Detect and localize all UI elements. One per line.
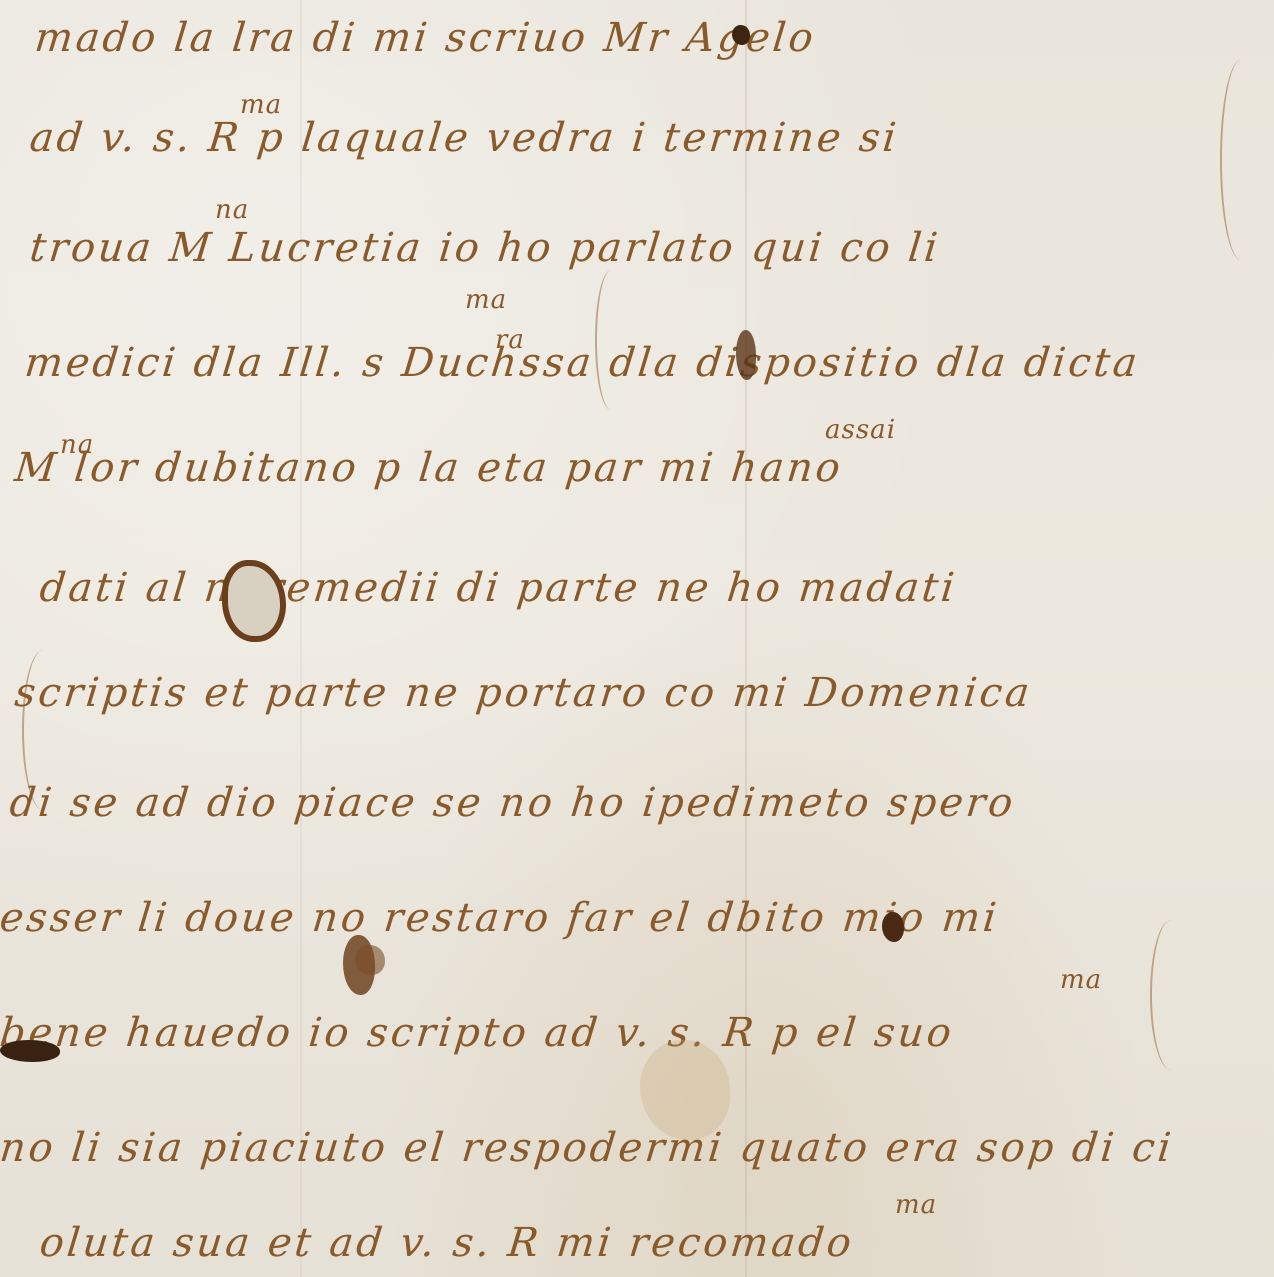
manuscript-line-3: troua M Lucretia io ho parlato qui co li bbox=[28, 225, 943, 271]
manuscript-line-6: dati al ni remedii di parte ne ho madati bbox=[38, 565, 960, 611]
manuscript-line-11: no li sia piaciuto el respodermi quato e… bbox=[0, 1125, 1176, 1171]
manuscript-line-10: bene hauedo io scripto ad v. s. R p el s… bbox=[0, 1010, 956, 1056]
manuscript-line-12: oluta sua et ad v. s. R mi recomado bbox=[38, 1220, 857, 1266]
ink-blot bbox=[0, 1040, 60, 1062]
superscript-abbreviation: na bbox=[60, 430, 94, 460]
paper-fold-line bbox=[745, 0, 747, 1277]
manuscript-line-7: scriptis et parte ne portaro co mi Domen… bbox=[13, 670, 1035, 716]
manuscript-line-2: ad v. s. R p laquale vedra i termine si bbox=[28, 115, 902, 161]
superscript-abbreviation: assai bbox=[825, 415, 896, 445]
manuscript-page: mado la lra di mi scriuo Mr Agelo ad v. … bbox=[0, 0, 1274, 1277]
ink-blot bbox=[736, 330, 756, 380]
ink-flourish bbox=[1150, 920, 1192, 1070]
ink-flourish bbox=[1220, 60, 1262, 260]
manuscript-line-8: di se ad dio piace se no ho ipedimeto sp… bbox=[8, 780, 1018, 826]
manuscript-line-4: medici dla Ill. s Duchssa dla dispositio… bbox=[23, 340, 1143, 386]
ink-blot bbox=[355, 945, 385, 975]
ink-blot bbox=[882, 912, 904, 942]
manuscript-line-9: esser li doue no restaro far el dbito mi… bbox=[0, 895, 1001, 941]
paper-fold-line bbox=[300, 0, 302, 1277]
manuscript-line-1: mado la lra di mi scriuo Mr Agelo bbox=[33, 15, 819, 61]
superscript-abbreviation: ra bbox=[495, 325, 525, 355]
superscript-abbreviation: ma bbox=[895, 1190, 937, 1220]
manuscript-line-5: M lor dubitano p la eta par mi hano bbox=[13, 445, 846, 491]
superscript-abbreviation: ma bbox=[240, 90, 282, 120]
superscript-abbreviation: ma bbox=[465, 285, 507, 315]
superscript-abbreviation: ma bbox=[1060, 965, 1102, 995]
ink-blot bbox=[732, 25, 750, 45]
superscript-abbreviation: na bbox=[215, 195, 249, 225]
